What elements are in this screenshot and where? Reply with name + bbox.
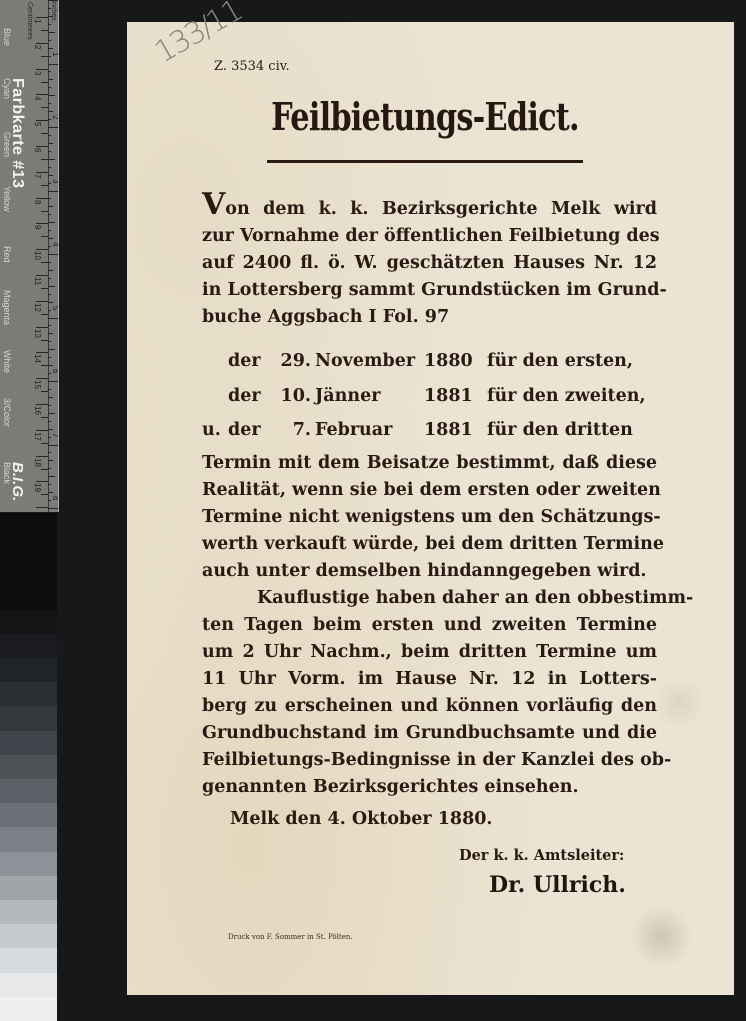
grayscale-step — [0, 731, 57, 755]
inch-number: 2 — [51, 115, 59, 119]
inch-tick — [48, 484, 51, 485]
inch-tick — [48, 405, 51, 406]
cm-tick — [36, 120, 48, 121]
inch-number: 5 — [51, 306, 59, 310]
inch-tick — [48, 95, 55, 96]
cm-tick — [36, 198, 48, 199]
intro-line: buche Aggsbach I Fol. 97 — [202, 304, 657, 331]
inch-tick — [48, 198, 51, 199]
cm-tick — [36, 507, 48, 508]
color-label-magenta: Magenta — [0, 290, 12, 325]
inch-tick — [48, 381, 58, 382]
cm-tick — [41, 365, 48, 366]
cm-tick — [41, 107, 48, 108]
document-title: Feilbietungs-Edict. — [265, 94, 585, 139]
grayscale-step — [0, 755, 57, 779]
inch-tick — [48, 151, 51, 152]
buyers-line: Feilbietungs-Bedingnisse in der Kanzlei … — [202, 747, 657, 774]
cm-tick — [41, 159, 48, 160]
cm-number: 6 — [33, 148, 42, 152]
intro-line: zur Vornahme der öffentlichen Feilbietun… — [202, 223, 657, 250]
date-prefix: u. — [202, 413, 226, 448]
date-year: 1881 — [424, 413, 473, 448]
grayscale-step — [0, 682, 57, 706]
inch-tick — [48, 452, 51, 453]
conditions-line: auch unter demselben hindanngegeben wird… — [202, 558, 657, 585]
inch-number: 6 — [51, 369, 59, 373]
inch-tick — [48, 333, 53, 334]
color-label-red: Red — [0, 246, 12, 263]
inch-tick — [48, 214, 51, 215]
grayscale-step — [0, 852, 57, 876]
title-underline — [267, 160, 583, 163]
grayscale-step — [0, 779, 57, 803]
grayscale-step — [0, 610, 57, 634]
conditions-line: Termin mit dem Beisatze bestimmt, daß di… — [202, 450, 657, 477]
conditions-line: werth verkauft würde, bei dem dritten Te… — [202, 531, 657, 558]
cm-tick — [41, 133, 48, 134]
grayscale-step — [0, 948, 57, 972]
inch-tick — [48, 16, 53, 17]
inch-tick — [48, 111, 53, 112]
inch-tick — [48, 429, 53, 430]
cm-tick — [36, 404, 48, 405]
inch-tick — [48, 389, 51, 390]
cm-tick — [36, 456, 48, 457]
cm-tick — [41, 211, 48, 212]
cm-tick — [41, 288, 48, 289]
color-label-yellow: Yellow — [0, 186, 12, 212]
inch-tick — [48, 175, 53, 176]
inch-tick — [48, 365, 53, 366]
cm-tick — [36, 378, 48, 379]
cm-tick — [36, 94, 48, 95]
date-der: der — [228, 344, 261, 379]
cm-tick — [36, 481, 48, 482]
color-chart-ruler: Blue Cyan Green Yellow Red Magenta White… — [0, 0, 59, 512]
date-month: Jänner — [315, 379, 380, 414]
cm-number: 18 — [33, 458, 42, 467]
cm-number: 5 — [33, 122, 42, 126]
inch-tick — [48, 71, 51, 72]
date-day: 10. — [273, 379, 311, 414]
inch-tick — [48, 222, 55, 223]
printer-imprint: Druck von F. Sommer in St. Pölten. — [228, 933, 353, 941]
inch-tick — [48, 460, 53, 461]
cm-tick — [41, 340, 48, 341]
date-row: der 10. Jänner 1881 für den zweiten, — [202, 379, 662, 414]
cm-number: 14 — [33, 354, 42, 363]
date-purpose: für den dritten — [487, 413, 633, 448]
inch-tick — [48, 286, 55, 287]
inch-tick — [48, 206, 53, 207]
inch-tick — [48, 24, 51, 25]
intro-line: on dem k. k. Bezirksgerichte Melk wird — [225, 199, 657, 219]
cm-tick — [36, 146, 48, 147]
buyers-line: berg zu erscheinen und können vorläufig … — [202, 693, 657, 720]
cm-tick — [41, 494, 48, 495]
inch-tick — [48, 8, 51, 9]
buyers-line: Kauflustige haben daher an den obbestimm… — [202, 585, 657, 612]
inch-number: 8 — [51, 496, 59, 500]
grayscale-step — [0, 658, 57, 682]
cm-tick — [41, 314, 48, 315]
inch-tick — [48, 349, 55, 350]
cm-number: 13 — [33, 329, 42, 338]
inches-label: Inches — [50, 0, 57, 21]
cm-tick — [36, 172, 48, 173]
date-row: der 29. November 1880 für den ersten, — [202, 344, 662, 379]
inch-tick — [48, 476, 55, 477]
inch-tick — [48, 48, 53, 49]
inch-tick — [48, 87, 51, 88]
cm-number: 11 — [33, 277, 42, 285]
color-chart-brand: B.I.G. — [9, 462, 26, 501]
cm-number: 17 — [33, 432, 42, 441]
grayscale-step — [0, 707, 57, 731]
inch-tick — [48, 397, 53, 398]
signature-name: Dr. Ullrich. — [489, 872, 626, 898]
buyers-line: genannten Bezirksgerichtes einsehen. — [202, 774, 657, 801]
grayscale-step — [0, 634, 57, 658]
cm-number: 3 — [33, 71, 42, 75]
inch-tick — [48, 64, 58, 65]
color-label-blue: Blue — [0, 28, 12, 46]
buyers-line: 11 Uhr Vorm. im Hause Nr. 12 in Lotters- — [202, 666, 657, 693]
date-der: der — [228, 379, 261, 414]
cm-number: 4 — [33, 96, 42, 100]
inch-tick — [48, 341, 51, 342]
inch-number: 7 — [51, 433, 59, 437]
grayscale-strip — [0, 513, 57, 1021]
color-label-white: White — [0, 350, 12, 373]
date-day: 29. — [273, 344, 311, 379]
inch-number: 1 — [51, 52, 59, 56]
cm-tick — [36, 43, 48, 44]
conditions-line: Realität, wenn sie bei dem ersten oder z… — [202, 477, 657, 504]
cm-tick — [41, 82, 48, 83]
date-row: u. der 7. Februar 1881 für den dritten — [202, 413, 662, 448]
cm-number: 12 — [33, 303, 42, 312]
cm-number: 10 — [33, 251, 42, 260]
cm-tick — [41, 391, 48, 392]
inch-number: 3 — [51, 179, 59, 183]
cm-tick — [41, 236, 48, 237]
place-and-date: Melk den 4. Oktober 1880. — [230, 809, 493, 829]
ruler-edge — [48, 0, 49, 512]
date-month: November — [315, 344, 415, 379]
inch-tick — [48, 492, 53, 493]
inch-tick — [48, 254, 58, 255]
conditions-line: Termine nicht wenigstens um den Schätzun… — [202, 504, 657, 531]
cm-tick — [36, 249, 48, 250]
grayscale-step — [0, 586, 57, 610]
inch-tick — [48, 270, 53, 271]
conditions-paragraph: Termin mit dem Beisatze bestimmt, daß di… — [202, 450, 657, 585]
grayscale-step — [0, 537, 57, 561]
document-paper: 133/11 Z. 3534 civ. Feilbietungs-Edict. … — [127, 22, 734, 995]
color-chart-title: Farbkarte #13 — [8, 78, 26, 189]
cm-tick — [36, 352, 48, 353]
cm-tick — [41, 469, 48, 470]
cm-tick — [36, 17, 48, 18]
date-purpose: für den zweiten, — [487, 379, 646, 414]
date-der: der — [228, 413, 261, 448]
cm-tick — [41, 417, 48, 418]
cm-tick — [36, 275, 48, 276]
cm-tick — [41, 30, 48, 31]
date-year: 1880 — [424, 344, 473, 379]
inch-tick — [48, 143, 53, 144]
inch-tick — [48, 159, 55, 160]
grayscale-step — [0, 997, 57, 1021]
inch-tick — [48, 40, 51, 41]
date-day: 7. — [273, 413, 311, 448]
inch-tick — [48, 191, 58, 192]
inch-number: 4 — [51, 242, 59, 246]
inch-tick — [48, 294, 51, 295]
grayscale-step — [0, 561, 57, 585]
inch-tick — [48, 318, 58, 319]
inch-tick — [48, 79, 53, 80]
cm-tick — [36, 430, 48, 431]
inch-tick — [48, 135, 51, 136]
cm-tick — [36, 223, 48, 224]
cm-number: 1 — [33, 19, 42, 23]
cm-tick — [36, 301, 48, 302]
inch-tick — [48, 445, 58, 446]
grayscale-step — [0, 900, 57, 924]
buyers-line: um 2 Uhr Nachm., beim dritten Termine um — [202, 639, 657, 666]
intro-paragraph: Von dem k. k. Bezirksgerichte Melk wird … — [202, 195, 657, 331]
reference-number: Z. 3534 civ. — [214, 59, 290, 74]
cm-number: 7 — [33, 174, 42, 178]
cm-tick — [41, 443, 48, 444]
inch-tick — [48, 421, 51, 422]
inch-tick — [48, 278, 51, 279]
inch-tick — [48, 508, 58, 509]
grayscale-step — [0, 924, 57, 948]
inch-tick — [48, 103, 51, 104]
buyers-line: ten Tagen beim ersten und zweiten Termin… — [202, 612, 657, 639]
intro-line: in Lottersberg sammt Grundstücken im Gru… — [202, 277, 657, 304]
date-month: Februar — [315, 413, 392, 448]
auction-dates-table: der 29. November 1880 für den ersten, de… — [202, 344, 662, 448]
inch-tick — [48, 32, 55, 33]
color-labels: Blue Cyan Green Yellow Red Magenta White… — [0, 0, 12, 512]
date-purpose: für den ersten, — [487, 344, 633, 379]
inch-tick — [48, 325, 51, 326]
inch-tick — [48, 230, 51, 231]
inch-tick — [48, 238, 53, 239]
cm-tick — [41, 185, 48, 186]
inch-tick — [48, 0, 58, 1]
inch-tick — [48, 127, 58, 128]
cm-number: 15 — [33, 380, 42, 389]
buyers-line: Grundbuchstand im Grundbuchsamte und die — [202, 720, 657, 747]
grayscale-step — [0, 803, 57, 827]
office-title: Der k. k. Amtsleiter: — [459, 847, 624, 864]
grayscale-step — [0, 513, 57, 537]
intro-line: auf 2400 fl. ö. W. geschätzten Hauses Nr… — [202, 250, 657, 277]
cm-number: 2 — [33, 45, 42, 49]
grayscale-step — [0, 876, 57, 900]
dropcap: V — [202, 187, 225, 222]
inch-tick — [48, 262, 51, 263]
inch-tick — [48, 167, 51, 168]
cm-tick — [36, 69, 48, 70]
cm-number: 16 — [33, 406, 42, 415]
cm-number: 9 — [33, 225, 42, 229]
inch-tick — [48, 302, 53, 303]
centimetres-label: Centimetres — [26, 2, 33, 40]
cm-tick — [36, 327, 48, 328]
grayscale-step — [0, 827, 57, 851]
color-label-3color: 3/Color — [0, 398, 12, 427]
cm-number: 8 — [33, 200, 42, 204]
buyers-paragraph: Kauflustige haben daher an den obbestimm… — [202, 585, 657, 801]
inch-tick — [48, 468, 51, 469]
date-year: 1881 — [424, 379, 473, 414]
cm-tick — [41, 262, 48, 263]
cm-number: 19 — [33, 483, 42, 492]
inch-tick — [48, 413, 55, 414]
cm-tick — [41, 56, 48, 57]
inch-tick — [48, 357, 51, 358]
grayscale-step — [0, 973, 57, 997]
